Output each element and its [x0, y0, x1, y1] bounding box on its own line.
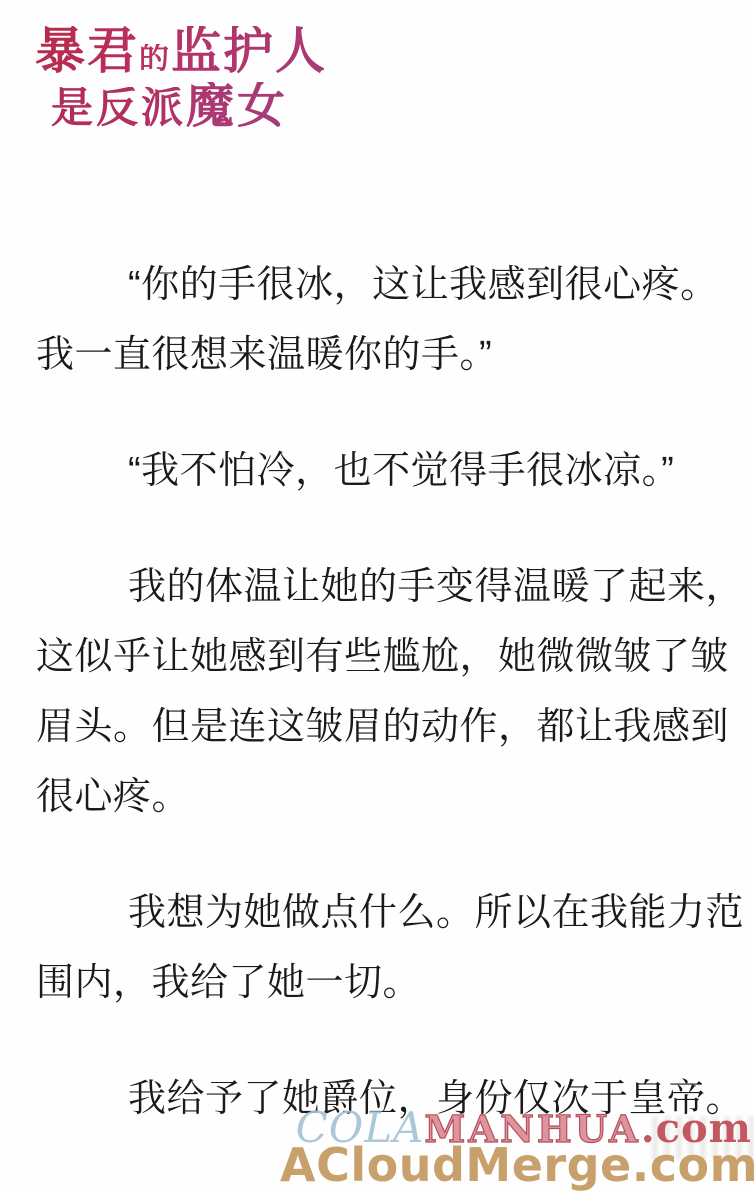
text-line: 很心疼。 [36, 762, 718, 832]
text-line: 我一直很想来温暖你的手。” [36, 320, 718, 390]
paragraph-4: 我想为她做点什么。所以在我能力范 围内，我给了她一切。 [36, 878, 718, 1018]
text-line: 这似乎让她感到有些尴尬，她微微皱了皱 [36, 622, 718, 692]
text-line: 我想为她做点什么。所以在我能力范 [36, 878, 718, 948]
text-line: “你的手很冰，这让我感到很心疼。 [36, 250, 718, 320]
acloudmerge-watermark: ACloudMerge.com [280, 1138, 754, 1192]
logo-line-2: 是反派魔女 [51, 82, 327, 130]
paragraph-1: “你的手很冰，这让我感到很心疼。 我一直很想来温暖你的手。” [36, 250, 718, 390]
logo-text-jianhuren: 监护人 [171, 26, 327, 76]
logo-line-1: 暴君的监护人 [35, 26, 327, 76]
text-line: 围内，我给了她一切。 [36, 948, 718, 1018]
story-text: “你的手很冰，这让我感到很心疼。 我一直很想来温暖你的手。” “我不怕冷，也不觉… [36, 250, 718, 1180]
paragraph-3: 我的体温让她的手变得温暖了起来， 这似乎让她感到有些尴尬，她微微皱了皱 眉头。但… [36, 552, 718, 832]
logo-text-de: 的 [139, 44, 171, 74]
text-line: 我的体温让她的手变得温暖了起来， [36, 552, 718, 622]
paragraph-2: “我不怕冷，也不觉得手很冰凉。” [36, 436, 718, 506]
manhua-page: 暴君的监护人 是反派魔女 “你的手很冰，这让我感到很心疼。 我一直很想来温暖你的… [0, 0, 754, 1192]
text-line: 眉头。但是连这皱眉的动作，都让我感到 [36, 692, 718, 762]
logo-text-shifanpai: 是反派 [51, 87, 186, 129]
logo-text-baojun: 暴君 [35, 26, 139, 76]
series-title-logo: 暴君的监护人 是反派魔女 [35, 26, 327, 130]
logo-text-monv: 魔女 [186, 82, 288, 130]
text-line: “我不怕冷，也不觉得手很冰凉。” [36, 436, 718, 506]
